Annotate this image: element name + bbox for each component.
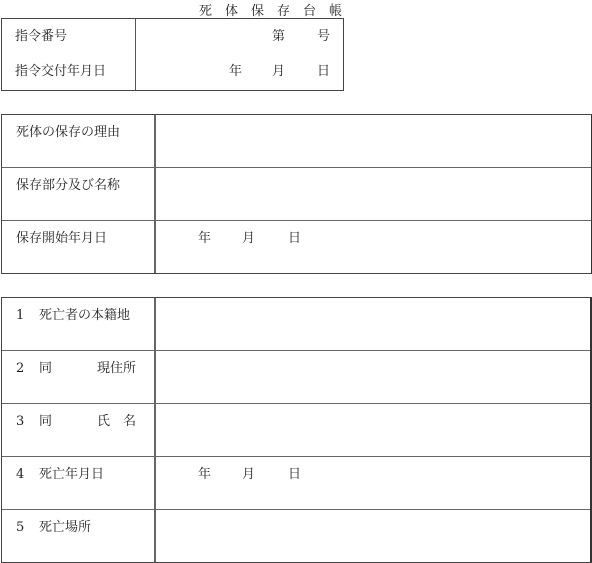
- preservation-start-label: 保存開始年月日: [16, 231, 107, 247]
- row-number: 5: [16, 520, 24, 536]
- death-date-label: 死亡年月日: [39, 467, 104, 483]
- death-date-field[interactable]: [156, 457, 590, 509]
- row-number: 2: [16, 361, 24, 377]
- preservation-reason-field[interactable]: [156, 115, 591, 167]
- ditto-label: 同: [39, 414, 52, 430]
- row-number: 1: [16, 308, 24, 324]
- preservation-start-field[interactable]: [156, 221, 591, 273]
- order-date-label: 指令交付年月日: [15, 64, 106, 80]
- order-number-field[interactable]: [136, 19, 343, 54]
- name-label: 氏 名: [97, 414, 136, 430]
- row-number: 4: [16, 467, 24, 483]
- order-number-label: 指令番号: [15, 29, 67, 45]
- current-address-label: 現住所: [97, 361, 136, 377]
- order-date-field[interactable]: [136, 55, 343, 90]
- domicile-label: 死亡者の本籍地: [39, 308, 130, 324]
- current-address-field[interactable]: [156, 351, 590, 403]
- preservation-table: 死体の保存の理由 保存部分及び名称 保存開始年月日 年 月 日: [1, 114, 592, 274]
- order-info-table: 指令番号 第 号 指令交付年月日 年 月 日: [1, 18, 344, 91]
- preserved-part-label: 保存部分及び名称: [16, 178, 120, 194]
- deceased-info-table: 1 死亡者の本籍地 2 同 現住所 3 同 氏 名 4 死亡年月日 年 月 日 …: [1, 297, 592, 563]
- row-number: 3: [16, 414, 24, 430]
- ditto-label: 同: [39, 361, 52, 377]
- domicile-field[interactable]: [156, 298, 590, 350]
- document-title: 死 体 保 存 台 帳: [199, 0, 399, 19]
- name-field[interactable]: [156, 404, 590, 456]
- death-place-label: 死亡場所: [39, 520, 91, 536]
- preservation-reason-label: 死体の保存の理由: [16, 125, 120, 141]
- death-place-field[interactable]: [156, 510, 590, 562]
- preserved-part-field[interactable]: [156, 168, 591, 220]
